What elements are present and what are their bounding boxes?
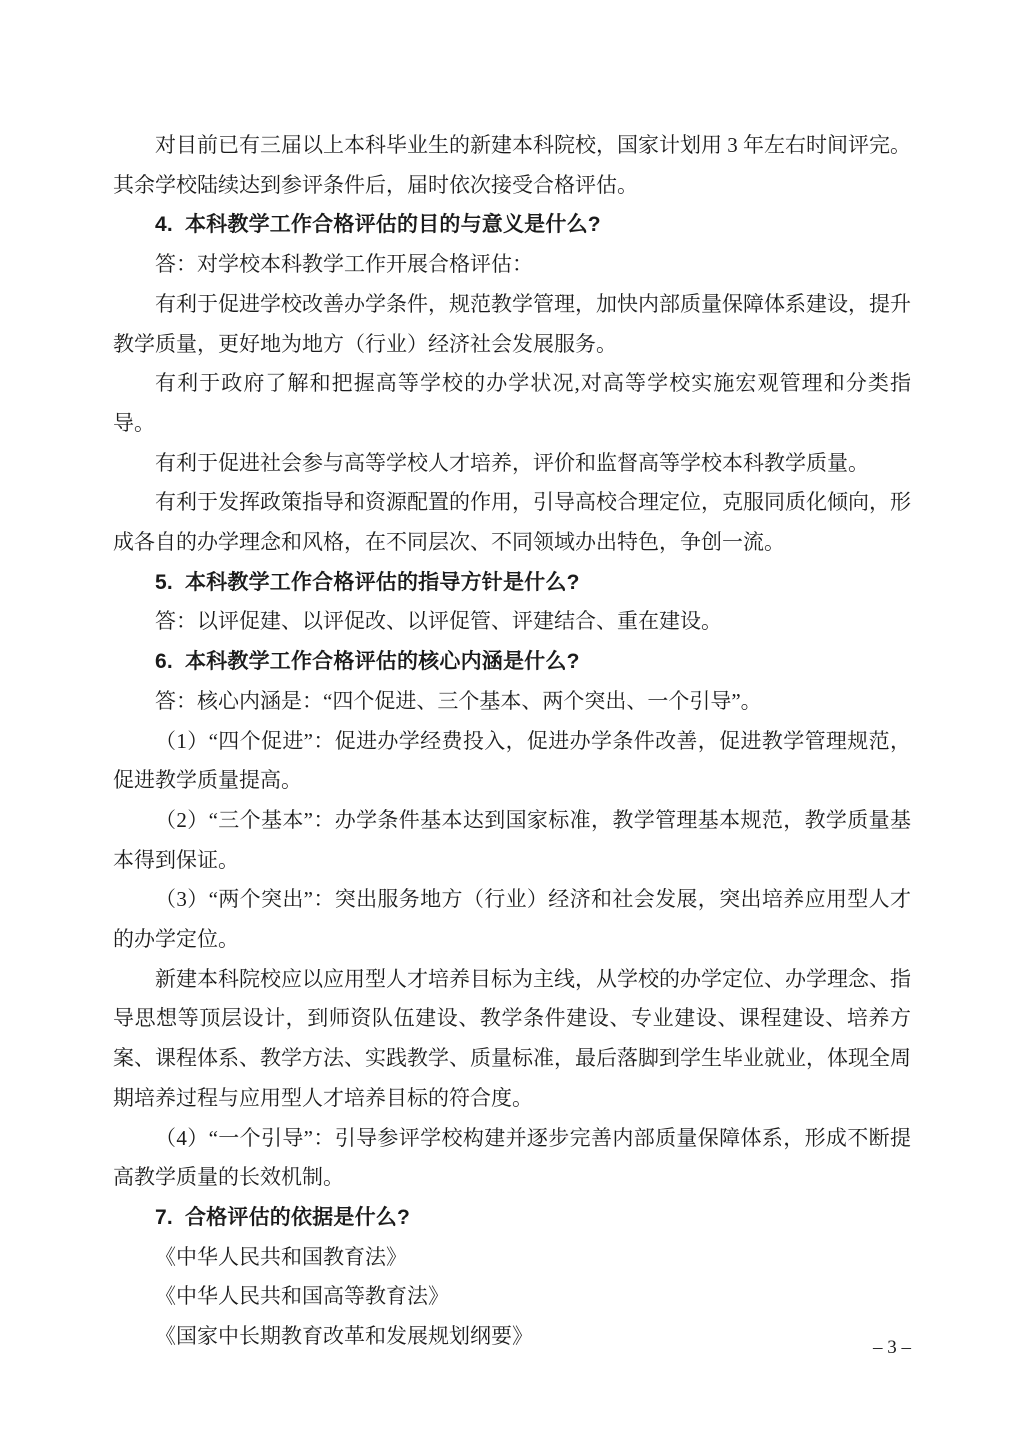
para-q4-benefit-1: 有利于促进学校改善办学条件，规范教学管理，加快内部质量保障体系建设，提升教学质量… (113, 285, 911, 364)
page-number: – 3 – (113, 1336, 911, 1360)
para-q4-benefit-3: 有利于促进社会参与高等学校人才培养，评价和监督高等学校本科教学质量。 (113, 444, 911, 484)
para-q6-item-1: （1）“四个促进”：促进办学经费投入，促进办学条件改善，促进教学管理规范，促进教… (113, 722, 911, 801)
para-q6-item-2: （2）“三个基本”：办学条件基本达到国家标准，教学管理基本规范，教学质量基本得到… (113, 801, 911, 880)
document-page: 对目前已有三届以上本科毕业生的新建本科院校，国家计划用 3 年左右时间评完。其余… (0, 0, 1024, 1447)
para-q4-benefit-4: 有利于发挥政策指导和资源配置的作用，引导高校合理定位，克服同质化倾向，形成各自的… (113, 483, 911, 562)
para-q6-item-3: （3）“两个突出”：突出服务地方（行业）经济和社会发展，突出培养应用型人才的办学… (113, 880, 911, 959)
heading-q4: 4. 本科教学工作合格评估的目的与意义是什么? (113, 205, 911, 245)
heading-q5: 5. 本科教学工作合格评估的指导方针是什么? (113, 563, 911, 603)
para-q7-basis-1: 《中华人民共和国教育法》 (113, 1238, 911, 1278)
para-q6-answer-lead: 答：核心内涵是：“四个促进、三个基本、两个突出、一个引导”。 (113, 682, 911, 722)
para-q6-mainline: 新建本科院校应以应用型人才培养目标为主线，从学校的办学定位、办学理念、指导思想等… (113, 960, 911, 1119)
para-q5-answer: 答：以评促建、以评促改、以评促管、评建结合、重在建设。 (113, 602, 911, 642)
para-q7-basis-2: 《中华人民共和国高等教育法》 (113, 1277, 911, 1317)
document-body: 对目前已有三届以上本科毕业生的新建本科院校，国家计划用 3 年左右时间评完。其余… (113, 126, 911, 1357)
para-q4-benefit-2: 有利于政府了解和把握高等学校的办学状况,对高等学校实施宏观管理和分类指导。 (113, 364, 911, 443)
para-q4-answer-lead: 答：对学校本科教学工作开展合格评估： (113, 245, 911, 285)
heading-q6: 6. 本科教学工作合格评估的核心内涵是什么? (113, 642, 911, 682)
heading-q7: 7. 合格评估的依据是什么? (113, 1198, 911, 1238)
para-q6-item-4: （4）“一个引导”：引导参评学校构建并逐步完善内部质量保障体系，形成不断提高教学… (113, 1119, 911, 1198)
para-evaluation-schedule: 对目前已有三届以上本科毕业生的新建本科院校，国家计划用 3 年左右时间评完。其余… (113, 126, 911, 205)
